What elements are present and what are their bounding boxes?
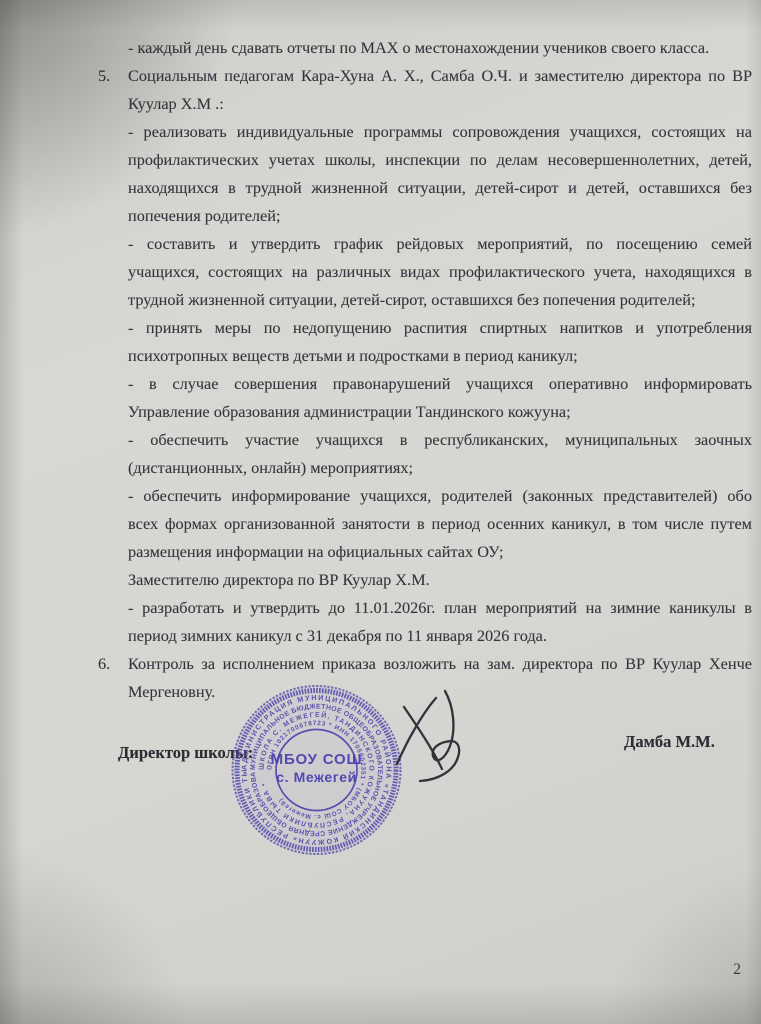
text-line: Управление образования администрации Тан… — [128, 398, 752, 426]
text-line: 5.Социальным педагогам Кара-Хуна А. Х., … — [128, 62, 752, 90]
list-number: 5. — [98, 62, 110, 90]
text-line: психотропных веществ детьми и подросткам… — [128, 342, 752, 370]
text-line: Куулар Х.М .: — [128, 90, 752, 118]
text-line: - составить и утвердить график рейдовых … — [128, 230, 752, 258]
director-name: Дамба М.М. — [624, 732, 715, 752]
stamp-center-line2: с. Межегей — [276, 769, 357, 785]
text-line: - в случае совершения правонарушений уча… — [128, 370, 752, 398]
list-number: 6. — [98, 650, 110, 678]
text-line: трудной жизненной ситуации, детей-сирот,… — [128, 286, 752, 314]
text-line: период зимних каникул с 31 декабря по 11… — [128, 622, 752, 650]
text-line: находящихся в трудной жизненной ситуации… — [128, 174, 752, 202]
director-signature — [397, 691, 459, 781]
text-line: - принять меры по недопущению распития с… — [128, 314, 752, 342]
text-line: - каждый день сдавать отчеты по МАХ о ме… — [128, 34, 752, 62]
stamp-center-line1: МБОУ СОШ — [271, 751, 363, 768]
text-line: 6.Контроль за исполнением приказа возлож… — [128, 650, 752, 678]
text-line: всех формах организованной занятости в п… — [128, 510, 752, 538]
text-line: - обеспечить участие учащихся в республи… — [128, 426, 752, 454]
document-page: - каждый день сдавать отчеты по МАХ о ме… — [0, 0, 761, 1024]
text-line: (дистанционных, онлайн) мероприятиях; — [128, 454, 752, 482]
text-line: - разработать и утвердить до 11.01.2026г… — [128, 594, 752, 622]
text-line: попечения родителей; — [128, 202, 752, 230]
text-line: размещения информации на официальных сай… — [128, 538, 752, 566]
school-stamp: АДМИНИСТРАЦИЯ МУНИЦИПАЛЬНОГО РАЙОНА «ТАН… — [225, 680, 470, 892]
text-line: учащихся, состоящих на различных видах п… — [128, 258, 752, 286]
document-body: - каждый день сдавать отчеты по МАХ о ме… — [128, 34, 752, 706]
text-line: профилактических учетах школы, инспекции… — [128, 146, 752, 174]
text-line: - реализовать индивидуальные программы с… — [128, 118, 752, 146]
text-line: Заместителю директора по ВР Куулар Х.М. — [128, 566, 752, 594]
page-number: 2 — [733, 961, 741, 979]
text-line: - обеспечить информирование учащихся, ро… — [128, 482, 752, 510]
